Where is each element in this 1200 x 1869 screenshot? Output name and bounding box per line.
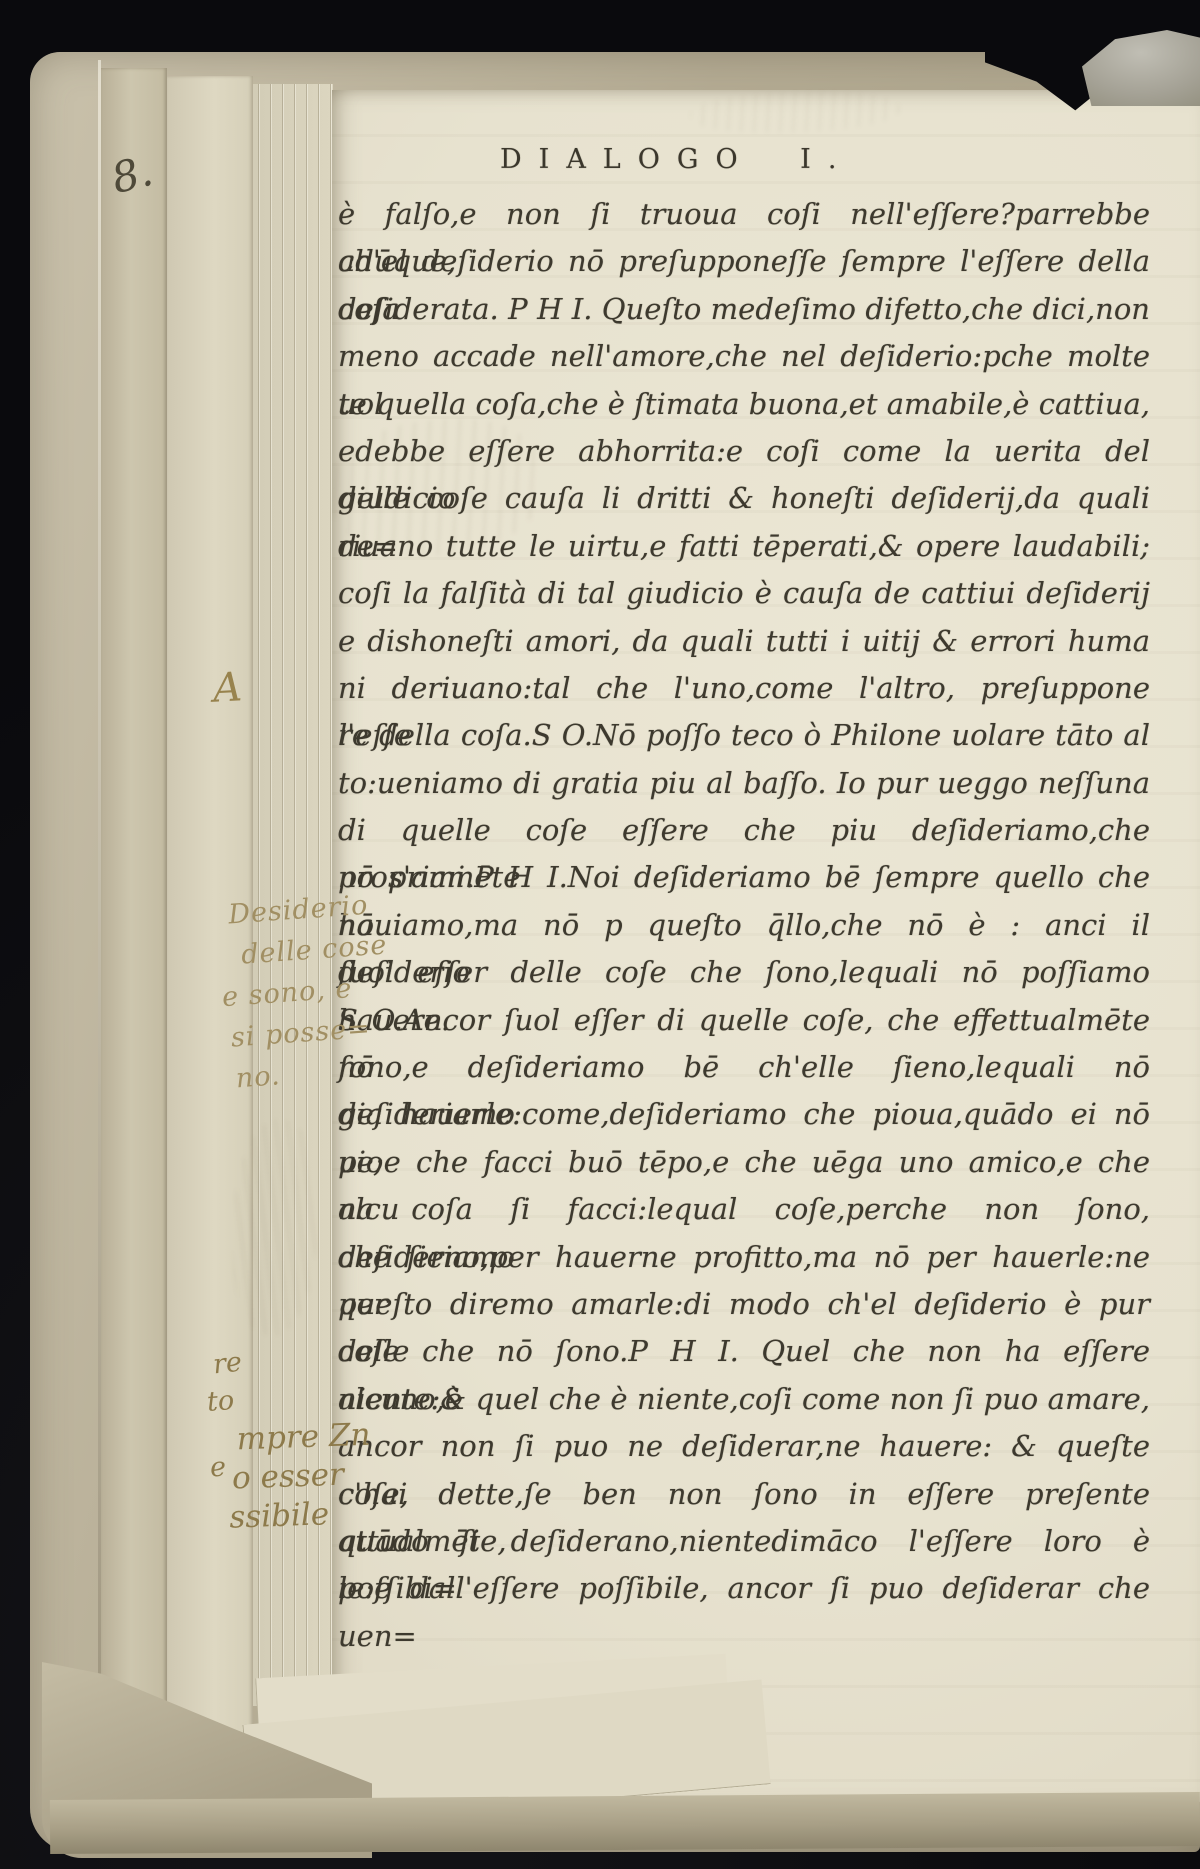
text-line: hauiamo,ma nō p queſto q̄llo,che nō è : … <box>338 902 1150 949</box>
text-line: S O.Ancor ſuol eſſer di quelle coſe, che… <box>338 997 1150 1044</box>
photo-backdrop: DIALOGO I. è falſo,e non ſi truoua coſi … <box>0 0 1200 1869</box>
text-line: è falſo,e non ſi truoua coſi nell'eſſere… <box>338 191 1150 238</box>
text-block: è falſo,e non ſi truoua coſi nell'eſſere… <box>338 191 1150 1613</box>
edge-fragment: to <box>206 1385 235 1418</box>
text-line: ch'el deſiderio nō preſupponeſſe ſempre … <box>338 238 1150 285</box>
text-line: quādo ſi deſiderano,nientedimāco l'eſſer… <box>338 1518 1150 1565</box>
edge-fragment: re <box>211 1347 243 1381</box>
text-line: ſuol eſſer delle coſe che ſono,lequali n… <box>338 949 1150 996</box>
text-line: le:e dall'eſſere poſſibile, ancor ſi puo… <box>338 1565 1150 1612</box>
text-line: coſe che nō ſono.P H I. Quel che non ha … <box>338 1328 1150 1375</box>
page-header: DIALOGO I. <box>500 144 1060 175</box>
text-line: e dishoneſti amori, da quali tutti i uit… <box>338 618 1150 665</box>
flyleaf-edge <box>101 68 167 1774</box>
text-line: ni deriuano:tal che l'uno,come l'altro, … <box>338 665 1150 712</box>
margin-note-line: o esser <box>231 1455 372 1499</box>
text-line: coſi la falſità di tal giudicio è cauſa … <box>338 570 1150 617</box>
text-line: meno accade nell'amore,che nel deſiderio… <box>338 333 1150 380</box>
text-line: che ſieno,per hauerne profitto,ma nō per… <box>338 1234 1150 1281</box>
text-line: deſiderata. P H I. Queſto medeſimo difet… <box>338 286 1150 333</box>
margin-note-upper: Desiderio delle cose e sono, e si posse=… <box>193 884 397 1102</box>
text-line: na coſa ſi facci:lequal coſe,perche non … <box>338 1186 1150 1233</box>
text-line: queſto diremo amarle:di modo ch'el deſid… <box>338 1281 1150 1328</box>
text-line: to:ueniamo di gratia piu al baſſo. Io pu… <box>338 760 1150 807</box>
margin-note-line: mpre Zn <box>236 1416 371 1460</box>
text-line: gia hauerle:come,deſideriamo che pioua,q… <box>338 1091 1150 1138</box>
edge-fragment: e <box>209 1451 227 1483</box>
margin-note-line: ssibile <box>229 1494 374 1538</box>
margin-letter-a: A <box>212 664 243 711</box>
book-page: DIALOGO I. è falſo,e non ſi truoua coſi … <box>332 90 1200 1802</box>
text-line: re della coſa.S O.Nō poſſo teco ò Philon… <box>338 712 1150 759</box>
text-line: c'hai dette,ſe ben non ſono in eſſere pr… <box>338 1471 1150 1518</box>
text-line: ſono,e deſideriamo bē ch'elle ſieno,lequ… <box>338 1044 1150 1091</box>
text-line: ue;e che facci buō tēpo,e che uēga uno a… <box>338 1139 1150 1186</box>
text-line: di quelle coſe eſſere che piu deſideriam… <box>338 807 1150 854</box>
text-line: niente:& quel che è niente,coſi come non… <box>338 1376 1150 1423</box>
text-line: ancor non ſi puo ne deſiderar,ne hauere:… <box>338 1423 1150 1470</box>
vellum-bottom-edge <box>50 1792 1200 1854</box>
text-line: nō s'ami.P H I.Noi deſideriamo bē ſempre… <box>338 854 1150 901</box>
margin-note-lower: mpre Zn o esser ssibile <box>236 1416 374 1538</box>
